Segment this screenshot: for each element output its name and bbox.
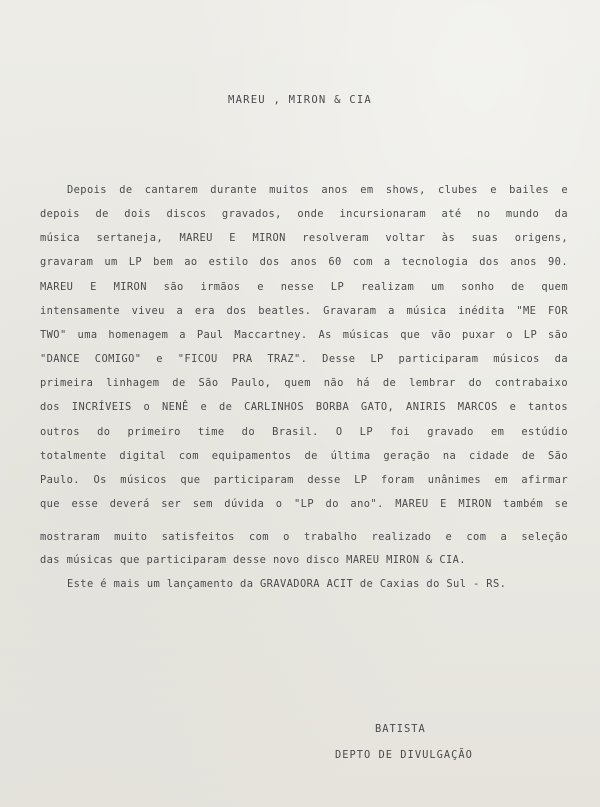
paragraph-line: primeira linhagem de São Paulo, quem não… xyxy=(40,376,568,390)
paragraph-line: das músicas que participaram desse novo … xyxy=(40,553,568,567)
paragraph-line: música sertaneja, MAREU E MIRON resolver… xyxy=(40,231,568,245)
paragraph-line: depois de dois discos gravados, onde inc… xyxy=(40,207,568,221)
paragraph-line: "DANCE COMIGO" e "FICOU PRA TRAZ". Desse… xyxy=(40,352,568,366)
signature-name: BATISTA xyxy=(375,723,426,735)
paragraph-line: totalmente digital com equipamentos de ú… xyxy=(40,449,568,463)
paragraph-line: dos INCRÍVEIS o NENÊ e de CARLINHOS BORB… xyxy=(40,400,568,414)
paragraph-line: Paulo. Os músicos que participaram desse… xyxy=(40,473,568,487)
paragraph-line: TWO" uma homenagem a Paul Maccartney. As… xyxy=(40,328,568,342)
paragraph-line: outros do primeiro time do Brasil. O LP … xyxy=(40,425,568,439)
paragraph-line: intensamente viveu a era dos beatles. Gr… xyxy=(40,304,568,318)
signature-department: DEPTO DE DIVULGAÇÃO xyxy=(335,749,473,761)
press-release-document: MAREU , MIRON & CIA Depois de cantarem d… xyxy=(0,0,600,807)
paragraph-line: mostraram muito satisfeitos com o trabal… xyxy=(40,530,568,544)
closing-line: Este é mais um lançamento da GRAVADORA A… xyxy=(67,577,568,591)
paragraph-line: Depois de cantarem durante muitos anos e… xyxy=(67,183,568,197)
paragraph-line: MAREU E MIRON são irmãos e nesse LP real… xyxy=(40,280,568,294)
paragraph-line: gravaram um LP bem ao estilo dos anos 60… xyxy=(40,255,568,269)
document-title: MAREU , MIRON & CIA xyxy=(0,94,600,106)
paragraph-line: que esse deverá ser sem dúvida o "LP do … xyxy=(40,497,568,511)
